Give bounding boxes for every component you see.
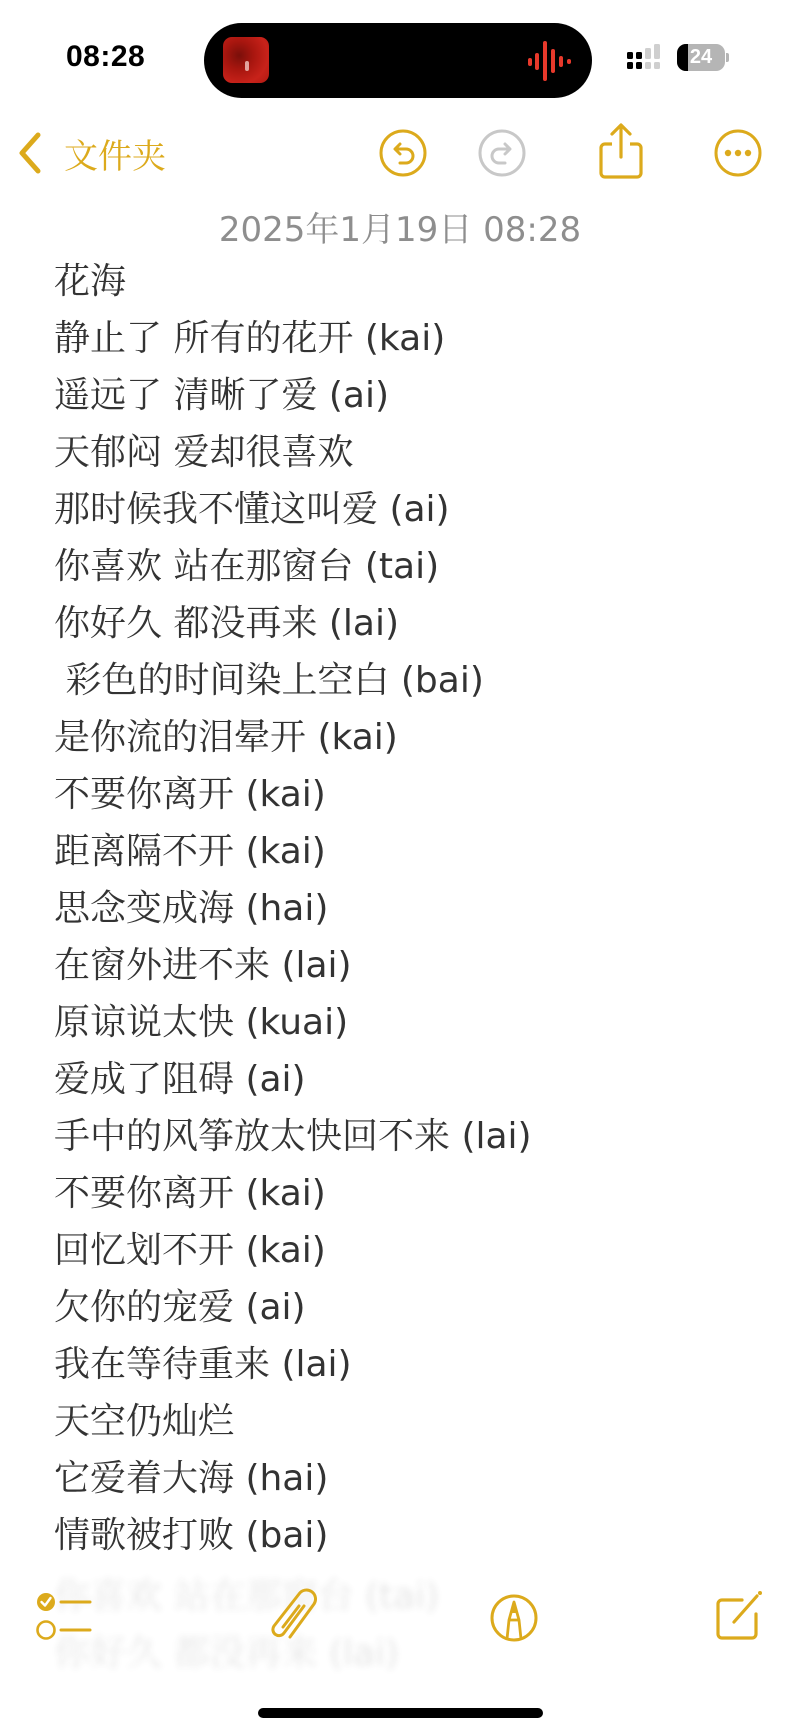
note-line: 不要你离开 (kai)	[54, 1165, 774, 1222]
checklist-button[interactable]	[36, 1590, 94, 1644]
cellular-signal-icon	[627, 44, 663, 72]
ellipsis-circle-icon	[713, 128, 763, 178]
back-label: 文件夹	[64, 129, 166, 178]
battery-indicator: 24	[677, 44, 729, 72]
status-time: 08:28	[66, 40, 145, 74]
note-line: 情歌被打败 (bai)	[54, 1507, 774, 1564]
note-line: 手中的风筝放太快回不来 (lai)	[54, 1108, 774, 1165]
note-title: 花海	[54, 253, 774, 310]
battery-level: 24	[677, 44, 725, 71]
obscured-line: 你喜欢 站在那窗台 (tai)	[54, 1568, 439, 1625]
compose-new-note-button[interactable]	[714, 1590, 764, 1642]
note-line: 你喜欢 站在那窗台 (tai)	[54, 538, 774, 595]
undo-button[interactable]	[378, 128, 428, 178]
note-line: 在窗外进不来 (lai)	[54, 937, 774, 994]
note-body[interactable]: 花海 静止了 所有的花开 (kai) 遥远了 清晰了爱 (ai) 天郁闷 爱却很…	[54, 253, 774, 1564]
note-line: 我在等待重来 (lai)	[54, 1336, 774, 1393]
note-date: 2025年1月19日 08:28	[0, 202, 800, 251]
more-options-button[interactable]	[713, 128, 763, 178]
checklist-icon	[36, 1590, 94, 1644]
undo-icon	[378, 128, 428, 178]
note-line: 那时候我不懂这叫爱 (ai)	[54, 481, 774, 538]
dynamic-island[interactable]	[204, 23, 592, 98]
note-line: 欠你的宠爱 (ai)	[54, 1279, 774, 1336]
note-line: 爱成了阻碍 (ai)	[54, 1051, 774, 1108]
note-line: 思念变成海 (hai)	[54, 880, 774, 937]
share-icon	[598, 122, 644, 180]
chevron-left-icon	[14, 130, 46, 176]
markup-button[interactable]	[489, 1593, 539, 1643]
compose-icon	[714, 1590, 764, 1642]
note-line: 天郁闷 爱却很喜欢	[54, 424, 774, 481]
share-button[interactable]	[598, 122, 644, 180]
note-line: 天空仍灿烂	[54, 1393, 774, 1450]
paperclip-icon	[266, 1588, 318, 1646]
note-line: 不要你离开 (kai)	[54, 766, 774, 823]
note-line: 你好久 都没再来 (lai)	[54, 595, 774, 652]
attachment-button[interactable]	[266, 1588, 318, 1646]
obscured-note-content: 你喜欢 站在那窗台 (tai) 你好久 都没再来 (lai)	[54, 1568, 439, 1682]
note-line: 是你流的泪晕开 (kai)	[54, 709, 774, 766]
markup-pen-icon	[489, 1593, 539, 1643]
audio-waveform-icon	[527, 40, 572, 82]
album-art-thumbnail	[223, 37, 269, 83]
note-line: 遥远了 清晰了爱 (ai)	[54, 367, 774, 424]
note-line: 它爱着大海 (hai)	[54, 1450, 774, 1507]
obscured-line: 你好久 都没再来 (lai)	[54, 1625, 439, 1682]
home-indicator[interactable]	[258, 1708, 543, 1718]
note-line: 原谅说太快 (kuai)	[54, 994, 774, 1051]
battery-icon: 24	[677, 44, 725, 71]
note-line: 距离隔不开 (kai)	[54, 823, 774, 880]
redo-button[interactable]	[477, 128, 527, 178]
redo-icon	[477, 128, 527, 178]
note-line: 彩色的时间染上空白 (bai)	[54, 652, 774, 709]
back-to-folders-button[interactable]: 文件夹	[14, 128, 166, 178]
note-line: 回忆划不开 (kai)	[54, 1222, 774, 1279]
note-line: 静止了 所有的花开 (kai)	[54, 310, 774, 367]
